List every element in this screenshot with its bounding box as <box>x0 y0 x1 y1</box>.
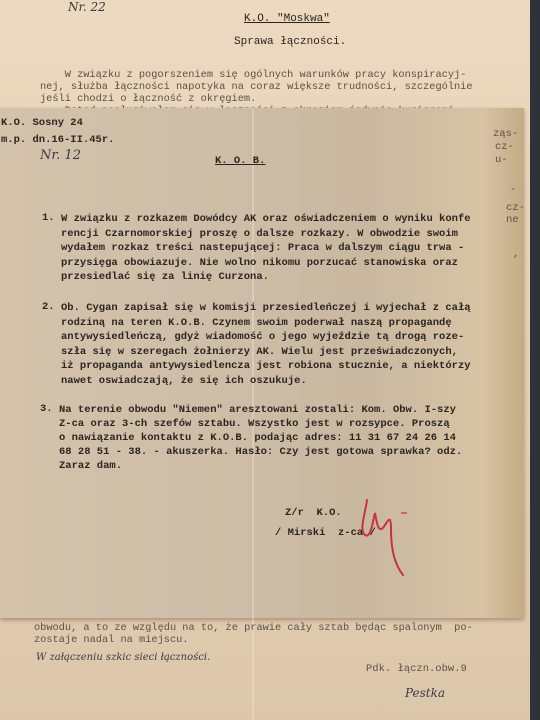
back-handwritten-number: Nr. 22 <box>68 0 106 14</box>
back-handwritten-note: W załączeniu szkic sieci łączności. <box>36 652 210 663</box>
back-signature-title: Pdk. łączn.obw.9 <box>366 663 467 676</box>
front-document-title: K. O. B. <box>215 155 265 168</box>
back-handwritten-signature: Pestka <box>405 686 445 700</box>
back-bottom-text: obwodu, a to ze względu na to, że prawie… <box>34 622 473 646</box>
item-number-1: 1. <box>42 212 55 225</box>
item-text-1: W związku z rozkazem Dowódcy AK oraz ośw… <box>61 212 471 285</box>
right-edge-fragment: ząs- <box>493 128 518 141</box>
item-text-2: Ob. Cygan zapisał się w komisji przesied… <box>61 301 471 388</box>
front-handwritten-number: Nr. 12 <box>40 148 81 163</box>
right-edge-fragment: - <box>510 184 516 197</box>
item-number-2: 2. <box>42 301 55 314</box>
back-document-subtitle: Sprawa łączności. <box>234 36 346 49</box>
item-number-3: 3. <box>40 403 53 416</box>
item-text-3: Na terenie obwodu "Niemen" aresztowani z… <box>59 403 462 473</box>
right-edge-fragment: cz- <box>495 141 514 154</box>
front-signature-line1: Z/r K.O. <box>285 507 342 520</box>
right-edge-fragment: u- <box>495 154 508 167</box>
front-header-left: K.O. Sosny 24m.p. dn.16-II.45r. <box>1 117 114 147</box>
right-edge-fragment: ne <box>506 214 519 227</box>
right-edge-fragment: , <box>513 248 519 261</box>
red-handwritten-signature-icon <box>355 495 415 580</box>
back-document-title: K.O. "Moskwa" <box>244 13 330 26</box>
